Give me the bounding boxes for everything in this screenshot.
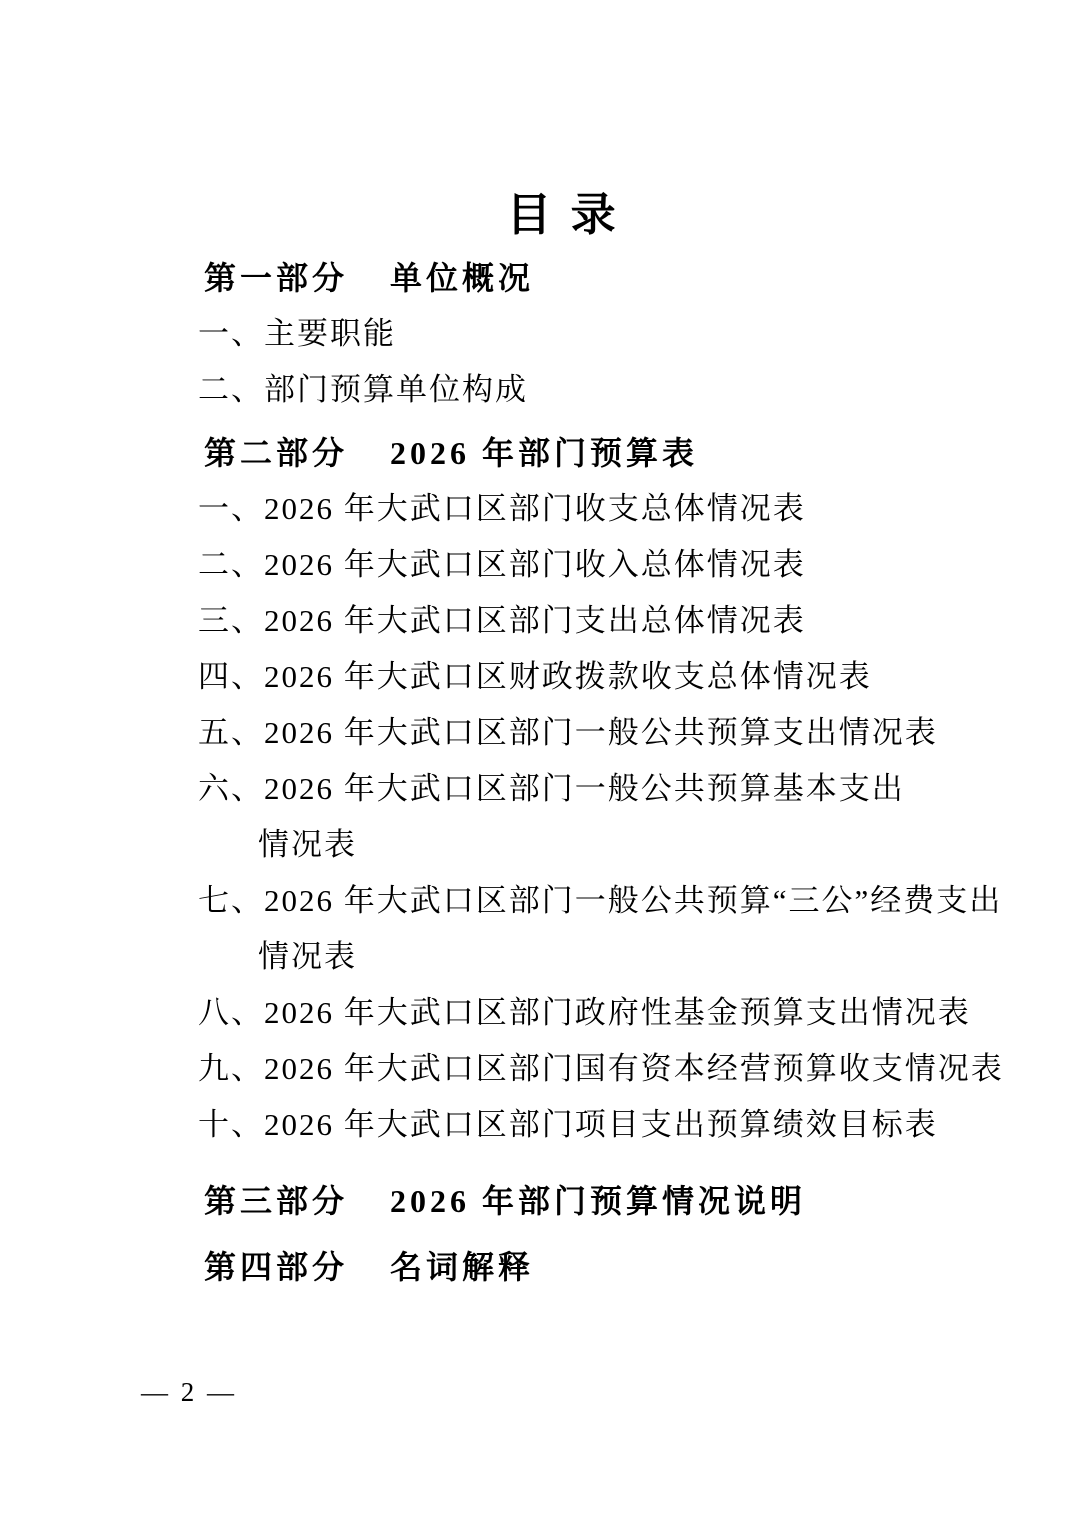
toc-item: 五、2026 年大武口区部门一般公共预算支出情况表 bbox=[0, 705, 1074, 761]
toc-item-continuation: 情况表 bbox=[0, 817, 1074, 873]
section-1-title: 单位概况 bbox=[390, 260, 534, 296]
section-heading-1: 第一部分单位概况 bbox=[0, 250, 1074, 306]
toc-item: 八、2026 年大武口区部门政府性基金预算支出情况表 bbox=[0, 985, 1074, 1041]
section-heading-3: 第三部分2026 年部门预算情况说明 bbox=[0, 1173, 1074, 1229]
toc-item: 六、2026 年大武口区部门一般公共预算基本支出 bbox=[0, 761, 1074, 817]
section-4-number: 第四部分 bbox=[204, 1249, 348, 1285]
toc-item: 十、2026 年大武口区部门项目支出预算绩效目标表 bbox=[0, 1097, 1074, 1153]
toc-item: 二、2026 年大武口区部门收入总体情况表 bbox=[0, 537, 1074, 593]
page-number: — 2 — bbox=[141, 1374, 237, 1410]
section-1-number: 第一部分 bbox=[204, 260, 348, 296]
toc-item: 一、2026 年大武口区部门收支总体情况表 bbox=[0, 481, 1074, 537]
toc-item: 一、主要职能 bbox=[0, 306, 1074, 362]
toc-item: 三、2026 年大武口区部门支出总体情况表 bbox=[0, 593, 1074, 649]
page-title: 目 录 bbox=[0, 185, 1074, 245]
section-2-title: 2026 年部门预算表 bbox=[390, 435, 698, 471]
section-4-title: 名词解释 bbox=[390, 1249, 534, 1285]
toc-item: 四、2026 年大武口区财政拨款收支总体情况表 bbox=[0, 649, 1074, 705]
section-3-title: 2026 年部门预算情况说明 bbox=[390, 1183, 806, 1219]
toc-item: 九、2026 年大武口区部门国有资本经营预算收支情况表 bbox=[0, 1041, 1074, 1097]
document-page: 目 录 第一部分单位概况 一、主要职能 二、部门预算单位构成 第二部分2026 … bbox=[0, 0, 1074, 1520]
section-3-number: 第三部分 bbox=[204, 1183, 348, 1219]
toc-item: 二、部门预算单位构成 bbox=[0, 362, 1074, 418]
section-heading-2: 第二部分2026 年部门预算表 bbox=[0, 425, 1074, 481]
section-heading-4: 第四部分名词解释 bbox=[0, 1239, 1074, 1295]
toc-item-continuation: 情况表 bbox=[0, 929, 1074, 985]
section-2-number: 第二部分 bbox=[204, 435, 348, 471]
toc-item: 七、2026 年大武口区部门一般公共预算“三公”经费支出 bbox=[0, 873, 1074, 929]
